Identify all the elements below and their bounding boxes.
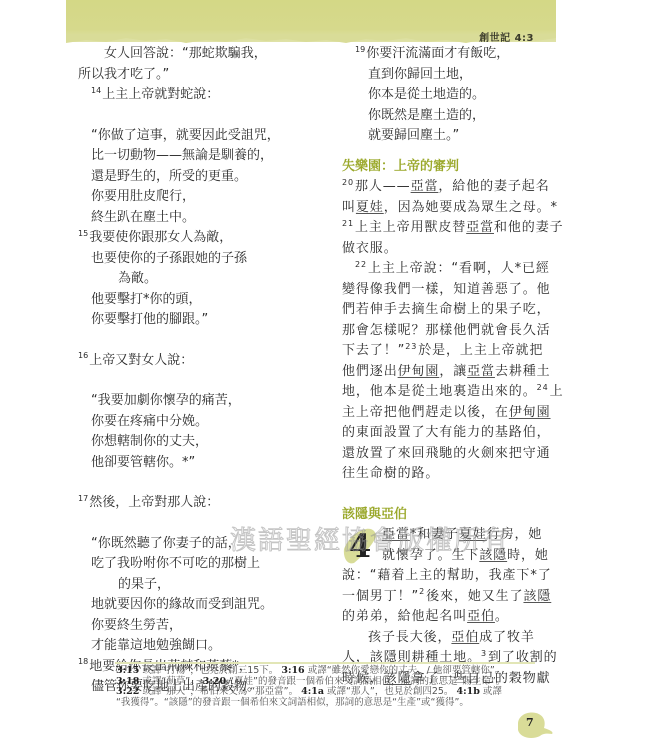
footnote-ref: 3:18	[116, 676, 139, 687]
poem-line: 為敵。	[78, 269, 328, 290]
verse-line: 女人回答說：“那蛇欺騙我，	[78, 44, 328, 65]
verse-number: 22	[355, 260, 367, 269]
verse-line: 17然後，上帝對那人說：	[78, 493, 328, 514]
right-column: 19你要汗流滿面才有飯吃， 直到你歸回土地， 你本是從土地造的。 你既然是塵土造…	[342, 44, 582, 689]
name-underlined: 夏娃	[459, 527, 487, 542]
poem-line: 你要終生勞苦，	[78, 616, 328, 637]
prose-line: 做衣服。	[342, 239, 582, 260]
prose-line: 那會怎樣呢？那樣他們就會長久活	[342, 321, 582, 342]
prose-line: 20那人——亞當，給他的妻子起名	[342, 177, 582, 198]
prose-line: 說：“藉着上主的幫助，我產下*了	[342, 566, 582, 587]
footnote-line: 3:22 或譯“那人”，希伯來文為 “那亞當”。 4:1a 或譯“那人”，也見於…	[116, 687, 536, 698]
footnote-ref: 4:1a	[301, 686, 324, 697]
prose-line: 21上主上帝用獸皮替亞當和他的妻子	[342, 218, 582, 239]
name-underlined: 該隱	[523, 589, 551, 604]
footnote-ref: 3:15	[116, 665, 139, 676]
poem-line: 也要使你的子孫跟她的子孫	[78, 249, 328, 270]
name-underlined: 亞當	[466, 220, 494, 235]
prose-line: 的弟弟，給他起名叫亞伯。	[342, 607, 582, 628]
poem-line: “你做了這事，就要因此受詛咒，	[78, 126, 328, 147]
verse-number: 23	[405, 342, 417, 351]
prose-line: 下去了！”23於是，上主上帝就把	[342, 341, 582, 362]
poem-line: “你既然聽了你妻子的話，	[78, 534, 328, 555]
verse-number: 20	[342, 178, 354, 187]
prose-line: 的東面設置了大有能力的基路伯，	[342, 423, 582, 444]
verse-line: 16上帝又對女人說：	[78, 351, 328, 372]
footnote-line: “我獲得”。“該隱”的發音跟一個希伯來文詞語相似，那詞的意思是“生產”或“獲得”…	[116, 698, 536, 709]
verse-number: 15	[78, 229, 88, 238]
verse-number: 19	[355, 45, 365, 54]
poem-line: 你既然是塵土造的，	[342, 106, 582, 127]
verse-line: 所以我才吃了。”	[78, 65, 328, 86]
prose-line: 還放置了來回飛馳的火劍來把守通	[342, 444, 582, 465]
name-underlined: 亞伯	[467, 609, 495, 624]
footnote-divider	[115, 662, 535, 664]
verse-number: 14	[91, 86, 101, 95]
footnote-ref: 3:22	[116, 686, 139, 697]
poem-line: 比一切動物——無論是馴養的，	[78, 146, 328, 167]
footnote-ref: 4:1b	[456, 686, 479, 697]
poem-line: 你要在疼痛中分娩。	[78, 412, 328, 433]
prose-line: 就懷孕了。生下該隱時，她	[342, 546, 582, 567]
left-column: 女人回答說：“那蛇欺騙我， 所以我才吃了。” 14上主上帝就對蛇說： “你做了這…	[78, 44, 328, 698]
footnotes: 3:15 或譯“打傷”，也見於創三15下。 3:16 或譯“雖然你愛戀你的丈夫，…	[116, 666, 536, 708]
poem-line: 他卻要管轄你。*”	[78, 453, 328, 474]
chapter-opening: 4 亞當*和妻子夏娃行房，她 就懷孕了。生下該隱時，她	[342, 525, 582, 566]
poem-line: 就要歸回塵土。”	[342, 126, 582, 147]
running-head: 創世記 4:3	[479, 29, 534, 44]
verse-number: 3	[481, 649, 487, 658]
name-underlined: 伊甸園	[509, 405, 551, 420]
prose-line: 一個男丁！”2後來，她又生了該隱	[342, 587, 582, 608]
prose-line: 他們逐出伊甸園，讓亞當去耕種土	[342, 362, 582, 383]
poem-line: 的果子，	[78, 575, 328, 596]
prose-line: 們若伸手去摘生命樹上的果子吃，	[342, 300, 582, 321]
poem-line: 你要擊打他的腳跟。”	[78, 310, 328, 331]
verse-number: 21	[342, 219, 354, 228]
prose-line: 亞當*和妻子夏娃行房，她	[342, 525, 582, 546]
verse-number: 16	[78, 351, 88, 360]
poem-line: 終生趴在塵土中。	[78, 208, 328, 229]
section-heading: 該隱與亞伯	[342, 505, 582, 526]
name-underlined: 亞伯	[451, 630, 479, 645]
name-underlined: 亞當	[382, 527, 410, 542]
section-heading: 失樂園：上帝的審判	[342, 157, 582, 178]
poem-line: 直到你歸回土地，	[342, 65, 582, 86]
prose-line: 主上帝把他們趕走以後，在伊甸園	[342, 403, 582, 424]
poem-line: 你要用肚皮爬行，	[78, 187, 328, 208]
verse-number: 18	[78, 657, 88, 666]
prose-line: 變得像我們一樣，知道善惡了。他	[342, 280, 582, 301]
poem-line: 15我要使你跟那女人為敵，	[78, 228, 328, 249]
poem-line: 19你要汗流滿面才有飯吃，	[342, 44, 582, 65]
name-underlined: 亞當	[411, 179, 439, 194]
name-underlined: 該隱	[479, 548, 507, 563]
name-underlined: 夏娃	[356, 200, 384, 215]
poem-line: 你本是從土地造的。	[342, 85, 582, 106]
page-number-brush-decoration	[514, 710, 554, 740]
prose-line: 孩子長大後，亞伯成了牧羊	[342, 628, 582, 649]
poem-line: 還是野生的，所受的更重。	[78, 167, 328, 188]
verse-number: 17	[78, 494, 88, 503]
poem-line: 吃了我吩咐你不可吃的那樹上	[78, 554, 328, 575]
verse-number: 2	[419, 587, 425, 596]
poem-line: 地就要因你的緣故而受到詛咒。	[78, 595, 328, 616]
poem-line: “我要加劇你懷孕的痛苦，	[78, 391, 328, 412]
name-underlined: 亞當	[467, 364, 495, 379]
name-underlined: 伊甸園	[398, 364, 440, 379]
prose-line: 叫夏娃，因為她要成為眾生之母。*	[342, 198, 582, 219]
prose-line: 22上主上帝說：“看啊，人*已經	[342, 259, 582, 280]
poem-line: 才能靠這地勉強餬口。	[78, 636, 328, 657]
page-number: 7	[526, 716, 534, 729]
poem-line: 他要擊打*你的頭，	[78, 290, 328, 311]
footnote-ref: 3:16	[281, 665, 304, 676]
prose-line: 地，他本是從土地裏造出來的。24上	[342, 382, 582, 403]
prose-line: 往生命樹的路。	[342, 464, 582, 485]
poem-line: 你想轄制你的丈夫，	[78, 432, 328, 453]
verse-line: 14上主上帝就對蛇說：	[78, 85, 328, 106]
verse-number: 24	[537, 383, 549, 392]
chapter-number: 4	[349, 526, 371, 566]
footnote-ref: 3:20	[203, 676, 226, 687]
